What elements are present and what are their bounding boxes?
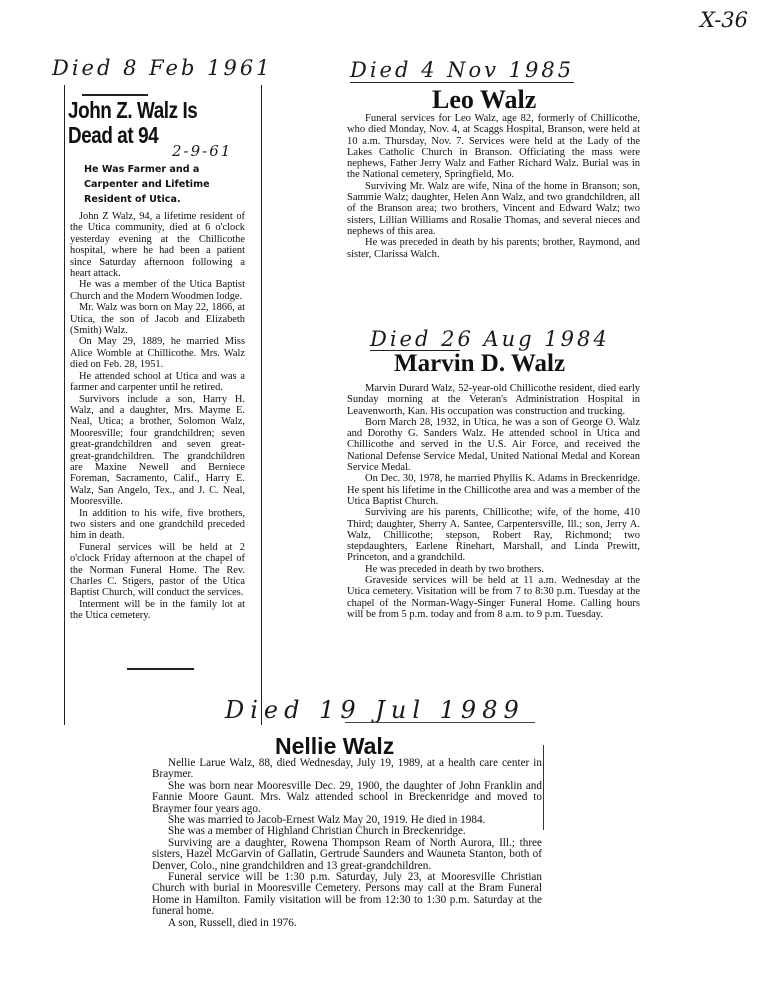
- paragraph: Surviving are his parents, Chillicothe; …: [347, 507, 640, 563]
- headline: John Z. Walz Is Dead at 94: [68, 98, 216, 148]
- paragraph: On May 29, 1889, he married Miss Alice W…: [70, 336, 245, 370]
- article-body: Funeral services for Leo Walz, age 82, f…: [347, 113, 640, 260]
- paragraph: He was preceded in death by two brothers…: [347, 564, 640, 575]
- paragraph: John Z Walz, 94, a lifetime resident of …: [70, 211, 245, 279]
- handwritten-death-date: Died 8 Feb 1961: [52, 56, 273, 80]
- article-body: Marvin Durard Walz, 52-year-old Chillico…: [347, 383, 640, 620]
- paragraph: Surviving are a daughter, Rowena Thompso…: [152, 838, 542, 872]
- paragraph: Born March 28, 1932, in Utica, he was a …: [347, 417, 640, 473]
- page-number-annotation: X-36: [700, 8, 748, 32]
- divider: [82, 94, 148, 96]
- headline: Marvin D. Walz: [394, 350, 565, 378]
- paragraph: Funeral services will be held at 2 o'clo…: [70, 542, 245, 599]
- paragraph: He was preceded in death by his parents;…: [347, 237, 640, 260]
- article-body: Nellie Larue Walz, 88, died Wednesday, J…: [152, 758, 542, 929]
- article-body: John Z Walz, 94, a lifetime resident of …: [70, 211, 245, 622]
- clipping-border: [543, 745, 544, 830]
- paragraph: Funeral services for Leo Walz, age 82, f…: [347, 113, 640, 181]
- paragraph: He attended school at Utica and was a fa…: [70, 371, 245, 394]
- handwritten-date-note: 2-9-61: [172, 142, 232, 160]
- paragraph: Marvin Durard Walz, 52-year-old Chillico…: [347, 383, 640, 417]
- headline: Leo Walz: [432, 86, 536, 114]
- subheadline: He Was Farmer and a Carpenter and Lifeti…: [84, 162, 244, 207]
- paragraph: He was a member of the Utica Baptist Chu…: [70, 279, 245, 302]
- paragraph: Nellie Larue Walz, 88, died Wednesday, J…: [152, 758, 542, 781]
- paragraph: Funeral service will be 1:30 p.m. Saturd…: [152, 872, 542, 918]
- paragraph: A son, Russell, died in 1976.: [152, 918, 542, 929]
- paragraph: On Dec. 30, 1978, he married Phyllis K. …: [347, 473, 640, 507]
- paragraph: Graveside services will be held at 11 a.…: [347, 575, 640, 620]
- paragraph: In addition to his wife, five brothers, …: [70, 508, 245, 542]
- divider: [127, 668, 194, 670]
- handwritten-death-date: Died 26 Aug 1984: [370, 327, 610, 351]
- paragraph: Interment will be in the family lot at t…: [70, 599, 245, 622]
- divider: [345, 722, 535, 723]
- paragraph: She was born near Mooresville Dec. 29, 1…: [152, 781, 542, 815]
- paragraph: Surviving Mr. Walz are wife, Nina of the…: [347, 181, 640, 237]
- paragraph: Survivors include a son, Harry H. Walz, …: [70, 394, 245, 508]
- handwritten-death-date: Died 4 Nov 1985: [350, 58, 574, 83]
- headline: Nellie Walz: [275, 733, 394, 759]
- handwritten-death-date: Died 19 Jul 1989: [225, 696, 525, 724]
- paragraph: Mr. Walz was born on May 22, 1866, at Ut…: [70, 302, 245, 336]
